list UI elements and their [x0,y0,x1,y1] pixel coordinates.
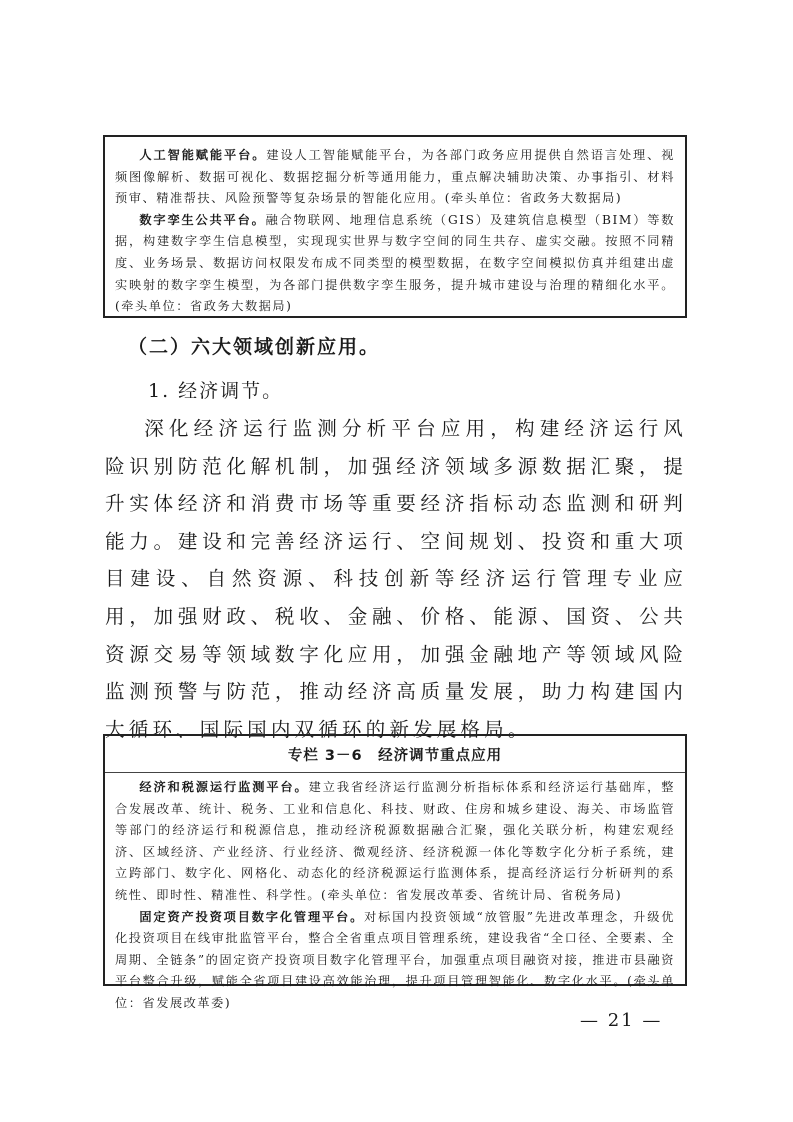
box-item: 数字孪生公共平台。融合物联网、地理信息系统（GIS）及建筑信息模型（BIM）等数… [115,210,675,318]
item-title: 固定资产投资项目数字化管理平台。 [139,910,364,924]
page-number: — 21 — [580,1010,662,1031]
body-paragraph: 深化经济运行监测分析平台应用，构建经济运行风险识别防范化解机制，加强经济领域多源… [105,410,687,748]
sidebar-box-platforms: 人工智能赋能平台。建设人工智能赋能平台，为各部门政务应用提供自然语言处理、视频图… [103,135,687,318]
box-item: 人工智能赋能平台。建设人工智能赋能平台，为各部门政务应用提供自然语言处理、视频图… [115,145,675,210]
box-header: 专栏 3－6 经济调节重点应用 [105,736,685,773]
item-text: 融合物联网、地理信息系统（GIS）及建筑信息模型（BIM）等数据，构建数字孪生信… [115,213,675,313]
box-item: 固定资产投资项目数字化管理平台。对标国内投资领域“放管服”先进改革理念，升级优化… [115,907,675,1015]
box-item: 经济和税源运行监测平台。建立我省经济运行监测分析指标体系和经济运行基础库，整合发… [115,777,675,907]
subsection-heading: 1. 经济调节。 [148,376,283,403]
sidebar-box-economic-regulation: 专栏 3－6 经济调节重点应用 经济和税源运行监测平台。建立我省经济运行监测分析… [103,734,687,986]
item-text: 对标国内投资领域“放管服”先进改革理念，升级优化投资项目在线审批监管平台，整合全… [115,910,675,1010]
item-title: 数字孪生公共平台。 [139,213,265,227]
section-heading: （二）六大领域创新应用。 [128,332,380,359]
item-title: 经济和税源运行监测平台。 [139,780,308,794]
item-text: 建立我省经济运行监测分析指标体系和经济运行基础库，整合发展改革、统计、税务、工业… [115,780,675,902]
item-title: 人工智能赋能平台。 [139,148,266,162]
box-body: 经济和税源运行监测平台。建立我省经济运行监测分析指标体系和经济运行基础库，整合发… [105,773,685,1015]
